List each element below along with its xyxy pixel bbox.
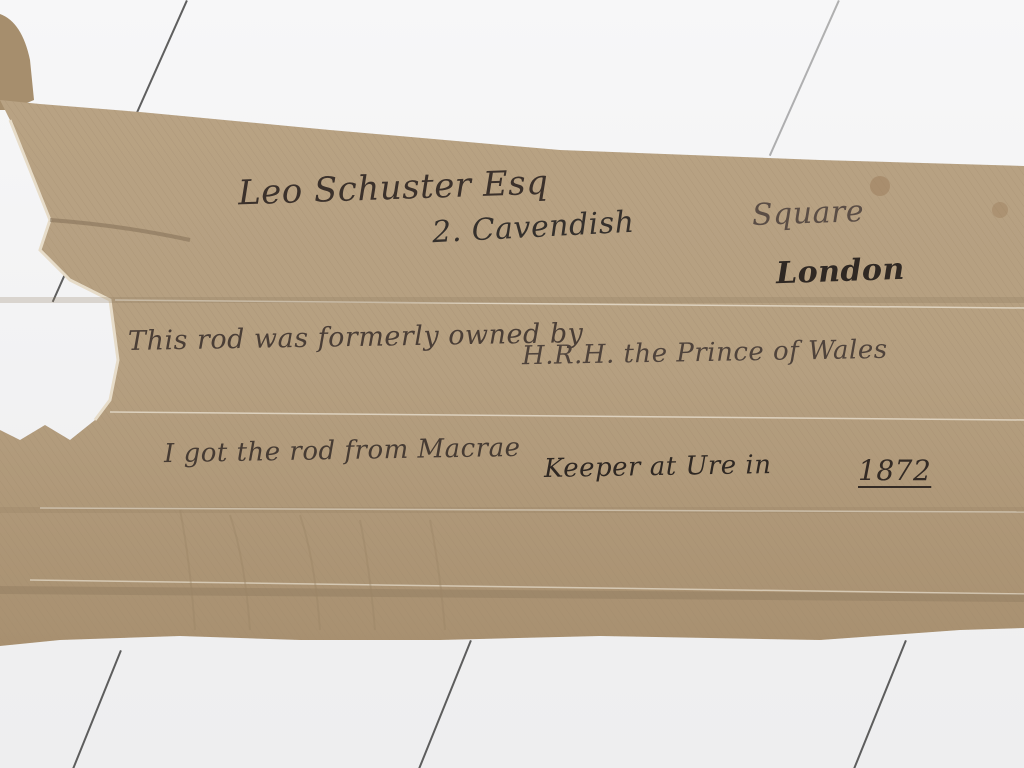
inscription-line-prince: H.R.H. the Prince of Wales: [522, 335, 888, 371]
rod-bag: [0, 0, 1024, 768]
bag-flap: [0, 14, 34, 110]
inscription-line-square: Square: [751, 194, 864, 233]
inscription-line-city: London: [775, 252, 905, 291]
inscription-line-source: I got the rod from Macrae: [164, 433, 521, 469]
inscription-line-year: 1872: [858, 454, 931, 487]
inscription-line-keeper: Keeper at Ure in: [544, 450, 772, 484]
